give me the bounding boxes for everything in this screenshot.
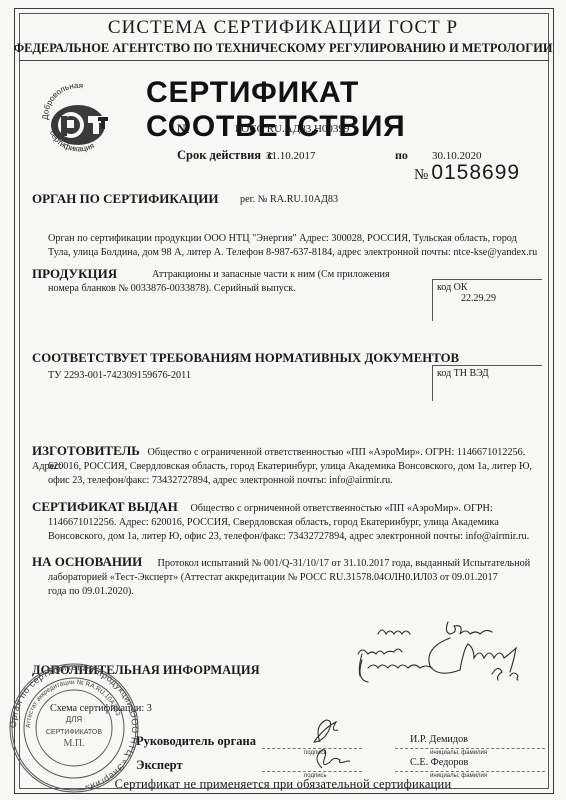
certificate-number: РОСС RU.АД83.Н00399	[235, 123, 349, 135]
footer-note: Сертификат не применяется при обязательн…	[0, 777, 566, 792]
basis-details: лабораторией «Тест-Эксперт» (Аттестат ак…	[48, 571, 508, 599]
blank-no-label: №	[414, 167, 429, 183]
certificate-title: СЕРТИФИКАТ СООТВЕТСТВИЯ	[146, 76, 566, 144]
manufacturer-details: 620016, РОССИЯ, Свердловская область, го…	[48, 460, 544, 488]
certification-body-reg-no: рег. № RA.RU.10АД83	[240, 193, 338, 207]
organization-seal-stamp: Орган по сертификации продукции ООО НТЦ …	[6, 660, 142, 796]
header-divider	[20, 60, 548, 61]
issued-to-heading: СЕРТИФИКАТ ВЫДАН	[32, 499, 178, 514]
basis-heading: НА ОСНОВАНИИ	[32, 554, 142, 569]
stamp-mp-label: М.П.	[63, 738, 84, 749]
head-name-line	[395, 748, 545, 749]
stamp-center-line1: ДЛЯ	[66, 715, 83, 724]
normative-document: ТУ 2293-001-742309159676-2011	[48, 369, 191, 383]
compliance-heading: СООТВЕТСТВУЕТ ТРЕБОВАНИЯМ НОРМАТИВНЫХ ДО…	[32, 351, 459, 366]
head-of-body-label: Руководитель органа	[136, 734, 256, 749]
valid-to-label: по	[395, 148, 408, 163]
basis-line1: Протокол испытаний № 001/Q-31/10/17 от 3…	[158, 558, 531, 569]
expert-label: Эксперт	[136, 758, 183, 773]
ok-code-box: код ОК 22.29.29	[432, 279, 542, 321]
agency-name: ФЕДЕРАЛЬНОЕ АГЕНТСТВО ПО ТЕХНИЧЕСКОМУ РЕ…	[0, 41, 566, 56]
stamp-center-line2: СЕРТИФИКАТОВ	[46, 729, 102, 736]
product-description-line2: номера бланков № 0033876-0033878). Серий…	[48, 282, 296, 296]
rst-logo-icon: Добровольная сертификация	[38, 80, 118, 160]
basis-section: НА ОСНОВАНИИ Протокол испытаний № 001/Q-…	[32, 555, 544, 571]
product-description-line1: Аттракционы и запасные части к ним (См п…	[152, 268, 390, 282]
system-title: СИСТЕМА СЕРТИФИКАЦИИ ГОСТ Р	[0, 17, 566, 39]
issued-to-section: СЕРТИФИКАТ ВЫДАН Общество с огрниченной …	[32, 500, 544, 516]
head-name: И.Р. Демидов	[410, 733, 468, 747]
blank-serial-number: №0158699	[414, 161, 520, 185]
validity-label: Срок действия с	[177, 148, 273, 163]
product-heading: ПРОДУКЦИЯ	[32, 266, 117, 282]
expert-name-line	[395, 771, 545, 772]
blank-no-value: 0158699	[431, 161, 520, 184]
certification-body-heading: ОРГАН ПО СЕРТИФИКАЦИИ	[32, 191, 219, 207]
tnved-code-label: код ТН ВЭД	[437, 368, 538, 379]
expert-name: С.Е. Федоров	[410, 756, 468, 770]
certification-body-details: Орган по сертификации продукции ООО НТЦ …	[48, 232, 538, 260]
manufacturer-heading: ИЗГОТОВИТЕЛЬ	[32, 443, 140, 458]
ok-code-label: код ОК	[437, 282, 538, 293]
ok-code-value: 22.29.29	[437, 293, 538, 304]
issued-to-line1: Общество с огрниченной ответственностью …	[190, 503, 492, 514]
tnved-code-box: код ТН ВЭД	[432, 365, 542, 401]
handwritten-certified-copy-note: копия верна	[320, 608, 560, 698]
certificate-number-label: №	[177, 121, 190, 137]
valid-from-date: 31.10.2017	[266, 150, 316, 162]
handwritten-line1: копия верна	[320, 608, 326, 609]
expert-signature-icon	[300, 742, 350, 776]
issued-to-details: 1146671012256. Адрес: 620016, РОССИЯ, Св…	[48, 516, 544, 544]
